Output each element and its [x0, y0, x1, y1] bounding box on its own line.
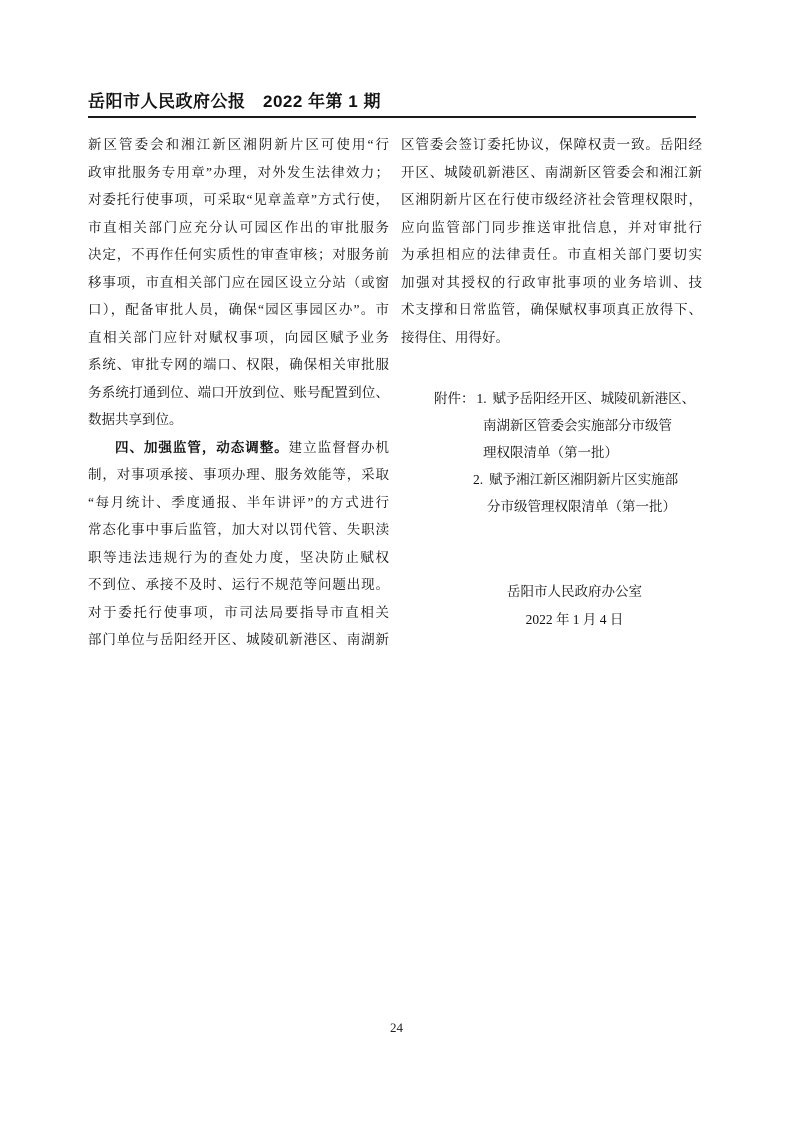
text-run: 建立监督督办机: [289, 440, 389, 455]
text-line: 部门单位与岳阳经开区、城陵矶新港区、南湖新: [88, 626, 389, 654]
left-column: 新区管委会和湘江新区湘阴新片区可使用“行 政审批服务专用章”办理，对外发生法律效…: [88, 131, 389, 654]
text-line: 术支撑和日常监管，确保赋权事项真正放得下、: [401, 296, 702, 324]
gazette-header: 岳阳市人民政府公报 2022 年第 1 期: [88, 87, 698, 112]
text-line: 对于委托行使事项，市司法局要指导市直相关: [88, 599, 389, 627]
text-line: 应向监管部门同步推送审批信息，并对审批行: [401, 214, 702, 242]
text-line: 接得住、用得好。: [401, 324, 702, 352]
text-line: 加强对其授权的行政审批事项的业务培训、技: [401, 269, 702, 297]
attachment-line: 2.赋予湘江新区湘阴新片区实施部: [473, 466, 702, 493]
text-line: 四、加强监管，动态调整。建立监督督办机: [88, 434, 389, 462]
right-column: 区管委会签订委托协议，保障权责一致。岳阳经 开区、城陵矶新港区、南湖新区管委会和…: [401, 131, 702, 654]
text-line: 移事项，市直相关部门应在园区设立分站（或窗: [88, 269, 389, 297]
page-footer: 24: [0, 1020, 793, 1036]
text-line: 开区、城陵矶新港区、南湖新区管委会和湘江新: [401, 159, 702, 187]
attachment-item-number: 1.: [477, 391, 487, 406]
text-line: 对委托行使事项，可采取“见章盖章”方式行使，: [88, 186, 389, 214]
text-line: 系统、审批专网的端口、权限，确保相关审批服: [88, 351, 389, 379]
attachment-item-text: 赋予湘江新区湘阴新片区实施部: [489, 472, 678, 487]
attachment-item-text: 赋予岳阳经开区、城陵矶新港区、: [493, 391, 696, 406]
text-line: 口），配备审批人员，确保“园区事园区办”。市: [88, 296, 389, 324]
header-rule: [88, 116, 696, 118]
page-body: 新区管委会和湘江新区湘阴新片区可使用“行 政审批服务专用章”办理，对外发生法律效…: [88, 131, 702, 654]
signature-block: 岳阳市人民政府办公室 2022 年 1 月 4 日: [401, 578, 702, 633]
text-line: 数据共享到位。: [88, 406, 389, 434]
text-line: 常态化事中事后监管，加大对以罚代管、失职渎: [88, 516, 389, 544]
attachment-line: 南湖新区管委会实施部分市级管: [483, 412, 702, 439]
attachments-label: 附件：: [434, 391, 475, 406]
text-line: 制，对事项承接、事项办理、服务效能等，采取: [88, 461, 389, 489]
text-line: 不到位、承接不及时、运行不规范等问题出现。: [88, 571, 389, 599]
text-line: 职等违法违规行为的查处力度，坚决防止赋权: [88, 544, 389, 572]
text-line: 为承担相应的法律责任。市直相关部门要切实: [401, 241, 702, 269]
gazette-header-text: 岳阳市人民政府公报 2022 年第 1 期: [88, 92, 381, 111]
text-line: 务系统打通到位、端口开放到位、账号配置到位、: [88, 379, 389, 407]
text-line: 区湘阴新片区在行使市级经济社会管理权限时，: [401, 186, 702, 214]
attachment-item-number: 2.: [473, 472, 483, 487]
gazette-page: 岳阳市人民政府公报 2022 年第 1 期 新区管委会和湘江新区湘阴新片区可使用…: [0, 0, 793, 1122]
text-line: 市直相关部门应充分认可园区作出的审批服务: [88, 214, 389, 242]
attachments-block: 附件：1.赋予岳阳经开区、城陵矶新港区、 南湖新区管委会实施部分市级管 理权限清…: [401, 385, 702, 520]
issuing-office: 岳阳市人民政府办公室: [447, 578, 702, 606]
text-line: 决定，不再作任何实质性的审查审核；对服务前: [88, 241, 389, 269]
attachment-line: 分市级管理权限清单（第一批）: [487, 493, 702, 520]
attachment-line: 理权限清单（第一批）: [483, 439, 702, 466]
section-heading: 四、加强监管，动态调整。: [115, 440, 289, 455]
text-line: 新区管委会和湘江新区湘阴新片区可使用“行: [88, 131, 389, 159]
issue-date: 2022 年 1 月 4 日: [447, 606, 702, 634]
attachment-line: 附件：1.赋予岳阳经开区、城陵矶新港区、: [434, 385, 702, 412]
page-number: 24: [390, 1020, 403, 1035]
text-line: 区管委会签订委托协议，保障权责一致。岳阳经: [401, 131, 702, 159]
text-line: “每月统计、季度通报、半年讲评”的方式进行: [88, 489, 389, 517]
text-line: 直相关部门应针对赋权事项，向园区赋予业务: [88, 324, 389, 352]
text-line: 政审批服务专用章”办理，对外发生法律效力；: [88, 159, 389, 187]
